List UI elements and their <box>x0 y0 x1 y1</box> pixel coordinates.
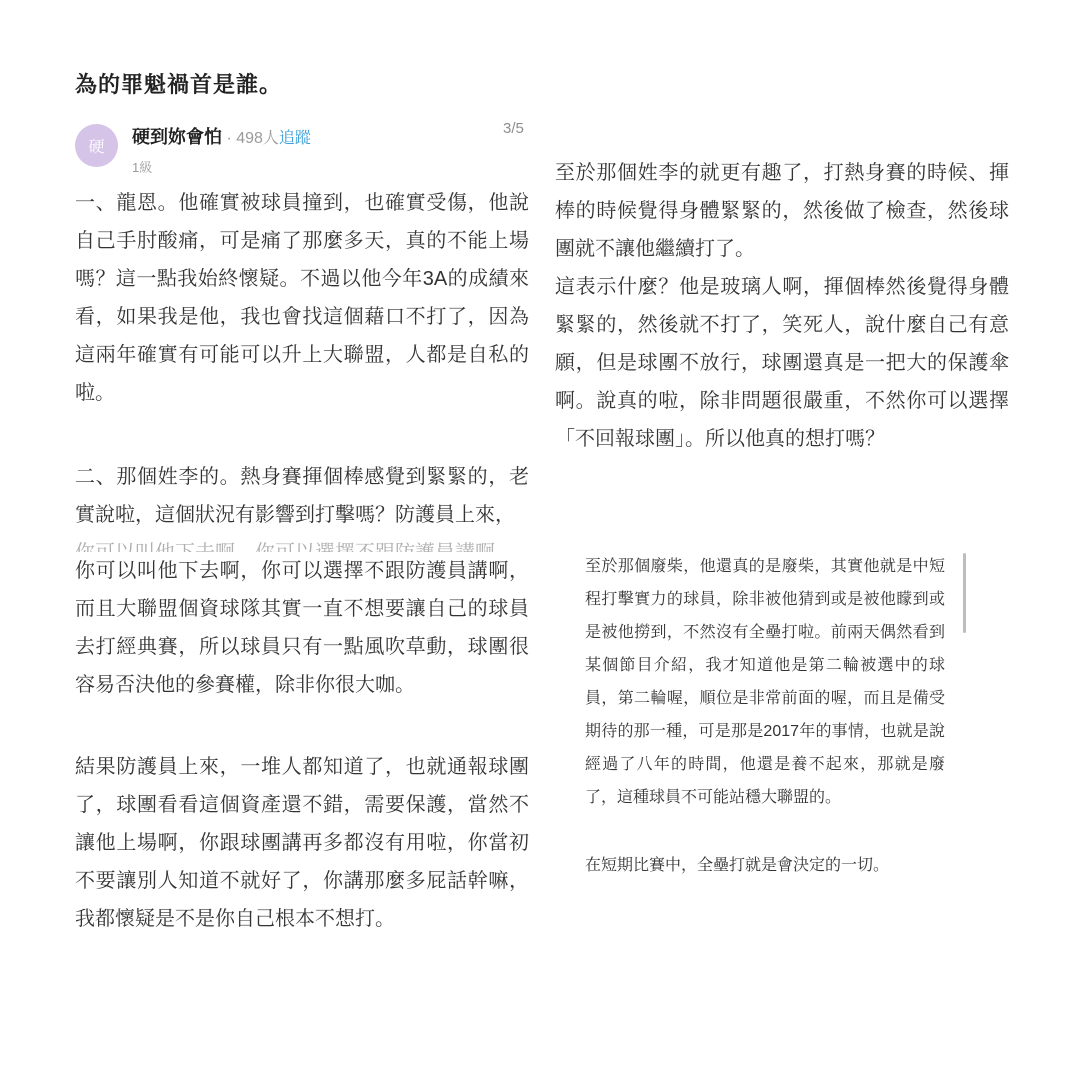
author-row: 硬 硬到妳會怕 · 498人追蹤 1級 <box>75 124 311 176</box>
post-paragraph: 結果防護員上來，一堆人都知道了，也就通報球團了，球團看看這個資產還不錯，需要保護… <box>75 748 529 938</box>
post-title: 為的罪魁禍首是誰。 <box>75 68 282 99</box>
page-indicator: 3/5 <box>503 120 524 137</box>
post-body-left-column: 一、龍恩。他確實被球員撞到，也確實受傷，他說自己手肘酸痛，可是痛了那麼多天，真的… <box>75 184 529 938</box>
post-paragraph: 這表示什麼？他是玻璃人啊，揮個棒然後覺得身體緊緊的，然後就不打了，笑死人，說什麼… <box>555 268 1009 458</box>
post-paragraph: 至於那個姓李的就更有趣了，打熱身賽的時候、揮棒的時候覺得身體緊緊的，然後做了檢查… <box>555 154 1009 268</box>
author-meta: 硬到妳會怕 · 498人追蹤 1級 <box>132 124 311 176</box>
post-paragraph: 你可以叫他下去啊，你可以選擇不跟防護員講啊，而且大聯盟個資球隊其實一直不想要讓自… <box>75 552 529 704</box>
follow-link[interactable]: 追蹤 <box>279 130 311 147</box>
author-name[interactable]: 硬到妳會怕 <box>132 127 222 147</box>
post-paragraph: 二、那個姓李的。熱身賽揮個棒感覺到緊緊的，老實說啦，這個狀況有影響到打擊嗎？防護… <box>75 458 529 534</box>
user-level-badge: 1級 <box>132 157 311 176</box>
quoted-comment: 至於那個廢柴，他還真的是廢柴，其實他就是中短程打擊實力的球員，除非被他猜到或是被… <box>585 550 945 882</box>
quoted-paragraph: 在短期比賽中，全壘打就是會決定的一切。 <box>585 849 945 882</box>
post-body-right-column: 至於那個姓李的就更有趣了，打熱身賽的時候、揮棒的時候覺得身體緊緊的，然後做了檢查… <box>555 154 1009 458</box>
scrollbar-thumb[interactable] <box>963 553 966 633</box>
glitch-text-artifact: 你可以叫他下去啊，你可以選擇不跟防護員講啊， <box>75 534 529 552</box>
author-line: 硬到妳會怕 · 498人追蹤 <box>132 126 311 150</box>
follower-count: · 498人 <box>222 130 279 147</box>
quoted-paragraph: 至於那個廢柴，他還真的是廢柴，其實他就是中短程打擊實力的球員，除非被他猜到或是被… <box>585 550 945 814</box>
user-avatar[interactable]: 硬 <box>75 124 118 167</box>
post-page: 為的罪魁禍首是誰。 硬 硬到妳會怕 · 498人追蹤 1級 3/5 一、龍恩。他… <box>0 0 1080 1080</box>
post-paragraph: 一、龍恩。他確實被球員撞到，也確實受傷，他說自己手肘酸痛，可是痛了那麼多天，真的… <box>75 184 529 412</box>
